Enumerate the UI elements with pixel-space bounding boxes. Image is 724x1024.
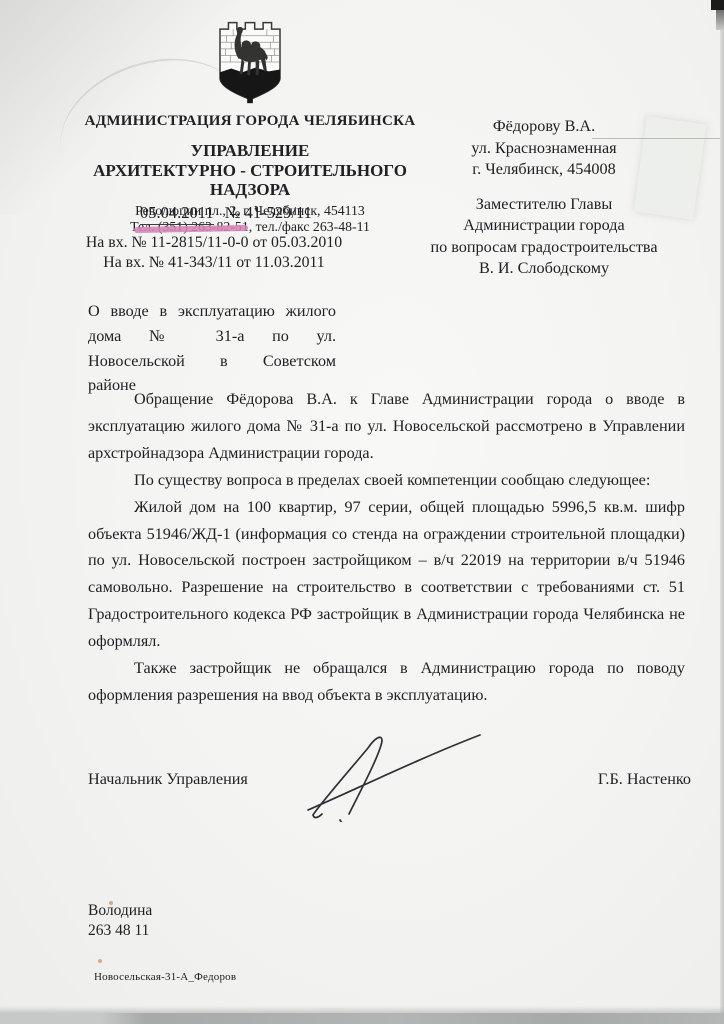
subject-line2: дома № 31-а по ул. — [88, 324, 336, 349]
handwritten-signature — [292, 720, 488, 822]
scan-right-edge — [720, 0, 724, 1024]
addressee-official-title3: по вопросам градостроительства — [396, 237, 692, 259]
scanned-letter-page: АДМИНИСТРАЦИЯ ГОРОДА ЧЕЛЯБИНСКА УПРАВЛЕН… — [0, 0, 724, 1024]
body-paragraph-4: Также застройщик не обращался в Админист… — [88, 655, 685, 709]
addressee-official-title2: Администрации города — [396, 215, 692, 237]
ink-dot-artifact — [98, 959, 102, 963]
outgoing-reference: 05.04.2011 № 41-529/11 — [140, 203, 312, 225]
addressee-block: Фёдорову В.А. ул. Краснознаменная г. Чел… — [396, 116, 692, 280]
body-paragraph-1: Обращение Фёдорова В.А. к Главе Админист… — [88, 386, 685, 467]
executor-block: Володина 263 48 11 — [88, 901, 152, 940]
outgoing-date-wrap: 05.04.2011 — [140, 203, 214, 225]
addressee-citizen-name: Фёдорову В.А. — [396, 116, 692, 138]
addressee-gap — [396, 181, 692, 194]
incoming-references: На вх. № 11-2815/11-0-0 от 05.03.2010 На… — [56, 233, 372, 272]
signer-position-title: Начальник Управления — [88, 770, 248, 789]
chelyabinsk-coat-of-arms-icon — [212, 16, 288, 106]
document-filename: Новосельская-31-А_Федоров — [94, 971, 236, 983]
executor-name: Володина — [88, 901, 152, 921]
incoming-reference-2: На вх. № 41-343/11 от 11.03.2011 — [56, 253, 372, 273]
subject-block: О вводе в эксплуатацию жилого дома № 31-… — [88, 299, 336, 398]
outgoing-number: № 41-529/11 — [225, 203, 312, 222]
signer-name: Г.Б. Настенко — [598, 770, 691, 789]
scan-corner-mark — [711, 0, 724, 10]
letter-body: Обращение Фёдорова В.А. к Главе Админист… — [88, 386, 685, 709]
executor-phone: 263 48 11 — [88, 921, 152, 941]
subject-line1: О вводе в эксплуатацию жилого — [88, 299, 336, 324]
outgoing-date: 05.04.2011 — [140, 203, 214, 222]
addressee-citizen-street: ул. Краснознаменная — [396, 138, 692, 160]
subject-line3: Новосельской в Советском — [88, 349, 336, 374]
body-paragraph-3: Жилой дом на 100 квартир, 97 серии, обще… — [88, 494, 685, 655]
addressee-official-name: В. И. Слободскому — [396, 258, 692, 280]
addressee-citizen-city: г. Челябинск, 454008 — [396, 159, 692, 181]
scan-bottom-shadow — [0, 1006, 724, 1013]
scan-bottom-band — [0, 1013, 724, 1024]
addressee-official-title1: Заместителю Главы — [396, 194, 692, 216]
incoming-reference-1: На вх. № 11-2815/11-0-0 от 05.03.2010 — [56, 233, 372, 253]
scan-corner-fade — [716, 10, 724, 30]
body-paragraph-2: По существу вопроса в пределах своей ком… — [88, 467, 685, 494]
